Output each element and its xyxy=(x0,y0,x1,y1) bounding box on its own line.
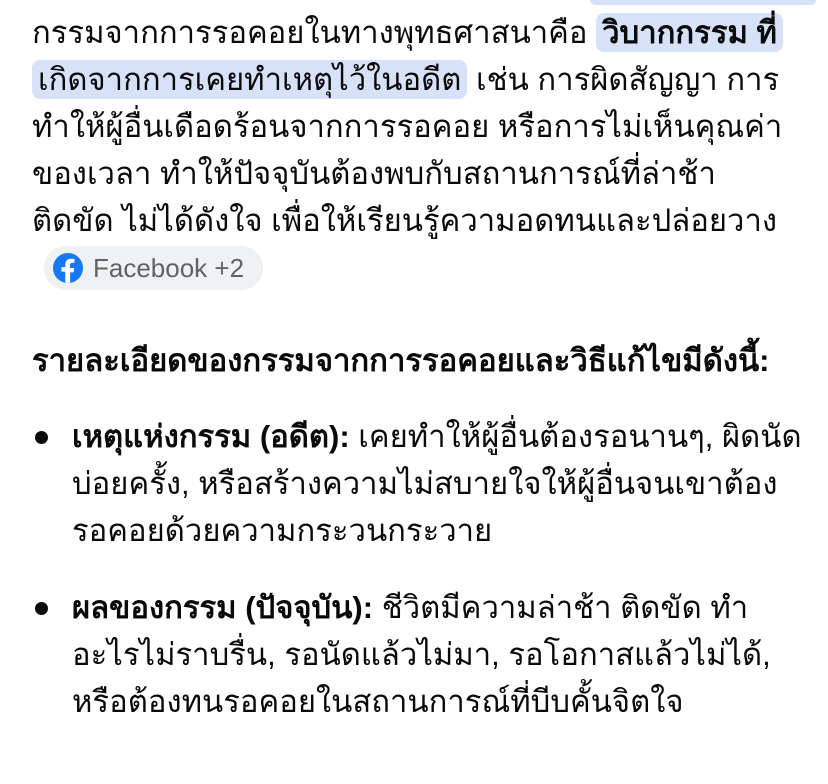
answer-text-segments: กรรมจากการรอคอยในทางพุทธศาสนาคือ วิบากกร… xyxy=(32,13,783,238)
citation-badge[interactable]: Facebook +2 xyxy=(44,246,263,290)
bullet-dot xyxy=(35,431,48,444)
list-item: เหตุแห่งกรรม (อดีต): เคยทำให้ผู้อื่นต้อง… xyxy=(32,413,802,554)
highlighted-snippet[interactable]: เกิดจากการเคยทำเหตุไว้ในอดีต xyxy=(32,60,467,99)
bullet-label: ผลของกรรม (ปัจจุบัน): xyxy=(72,590,373,625)
section-heading: รายละเอียดของกรรมจากการรอคอยและวิธีแก้ไข… xyxy=(32,337,802,384)
facebook-icon xyxy=(53,253,83,283)
highlighted-snippet[interactable]: วิบากกรรม ที่ xyxy=(596,13,783,52)
citation-label: Facebook +2 xyxy=(93,253,244,283)
answer-content: กรรมจากการรอคอยในทางพุทธศาสนาคือ วิบากกร… xyxy=(0,0,828,725)
answer-text: กรรมจากการรอคอยในทางพุทธศาสนาคือ xyxy=(32,15,596,50)
details-list: เหตุแห่งกรรม (อดีต): เคยทำให้ผู้อื่นต้อง… xyxy=(32,413,802,725)
list-item: ผลของกรรม (ปัจจุบัน): ชีวิตมีความล่าช้า … xyxy=(32,584,802,725)
highlight-fragment-top xyxy=(590,0,816,5)
bullet-label: เหตุแห่งกรรม (อดีต): xyxy=(72,419,350,454)
answer-paragraph: กรรมจากการรอคอยในทางพุทธศาสนาคือ วิบากกร… xyxy=(32,9,802,292)
bullet-dot xyxy=(35,602,48,615)
